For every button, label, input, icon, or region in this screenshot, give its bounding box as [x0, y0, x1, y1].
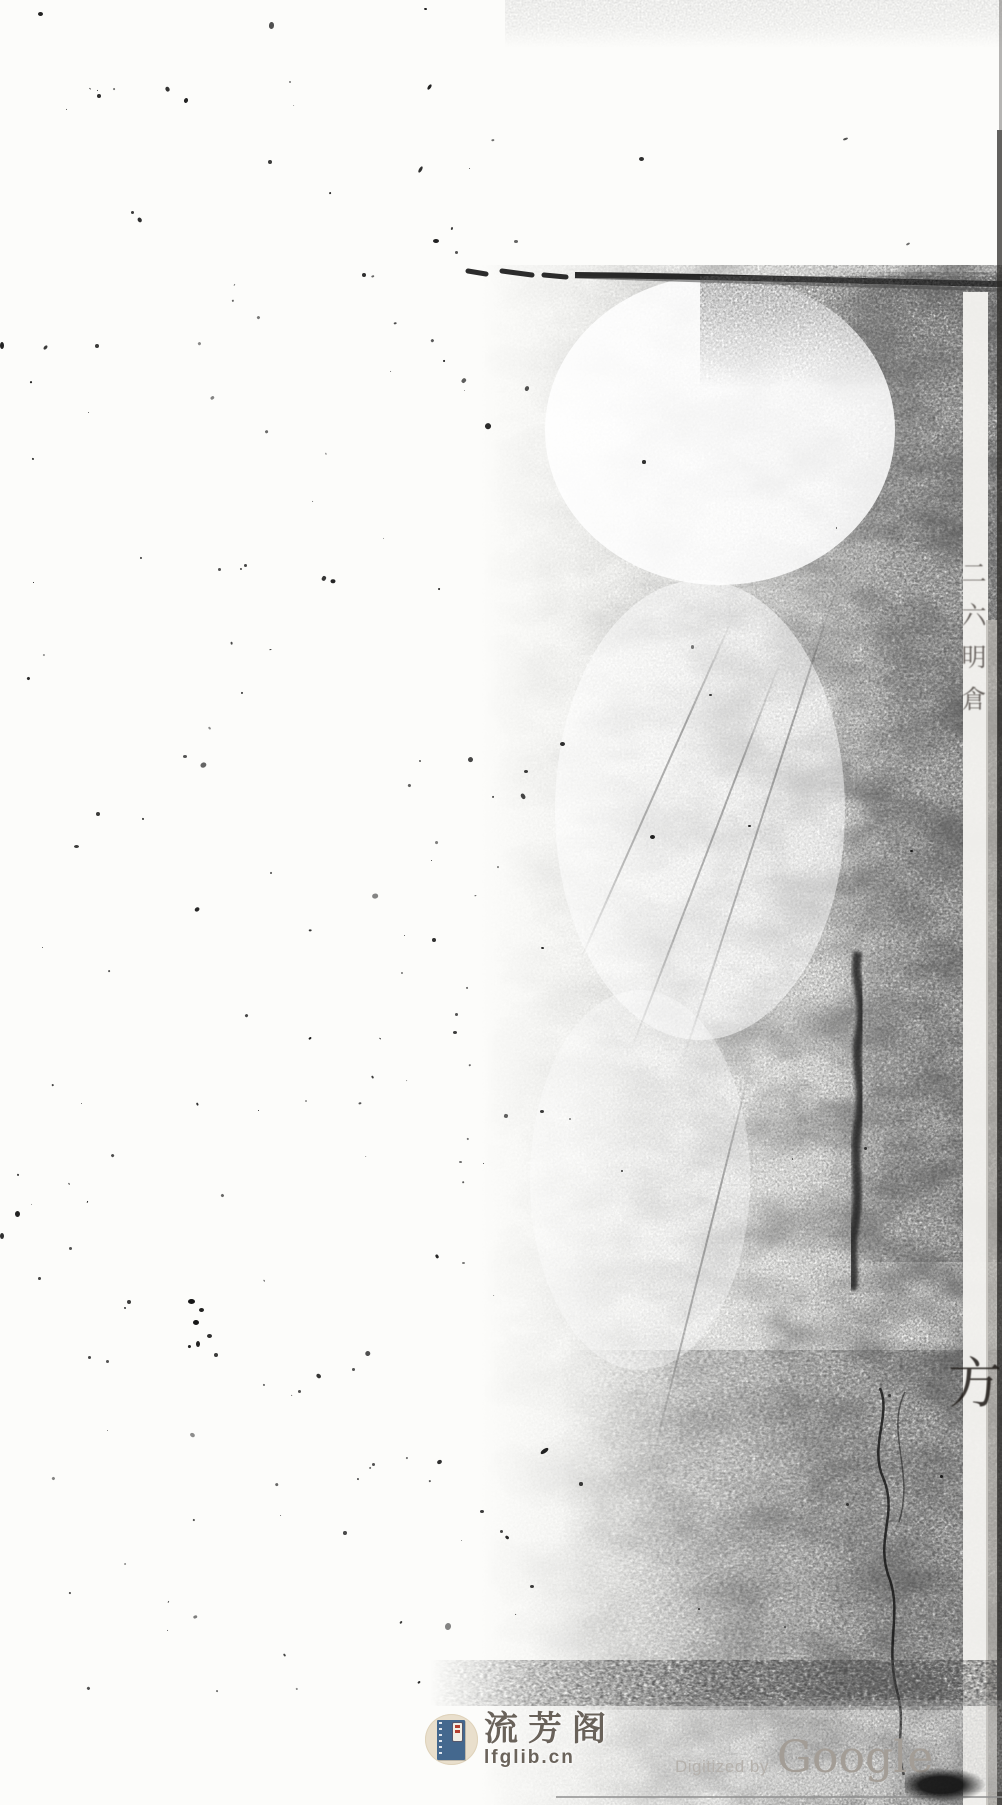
ink-speck [38, 12, 43, 16]
ink-speck [352, 1368, 355, 1371]
ink-speck [455, 1013, 458, 1016]
ink-speck [342, 1531, 346, 1535]
ink-speck [434, 840, 438, 844]
ink-speck [214, 1353, 218, 1357]
ink-speck [540, 1110, 544, 1113]
ink-speck [0, 1233, 4, 1239]
stain-texture-layer [0, 0, 1002, 1805]
ink-speck [940, 1475, 943, 1478]
ink-speck [461, 1181, 464, 1183]
ink-speck [188, 1299, 195, 1304]
ink-speck [97, 89, 98, 90]
ink-speck [372, 1463, 375, 1466]
ink-speck [69, 1247, 72, 1250]
ink-speck [106, 1360, 109, 1363]
ink-speck [188, 1345, 191, 1348]
ink-speck [218, 568, 221, 571]
ink-speck [639, 157, 644, 161]
ink-speck [127, 1300, 131, 1304]
ink-speck [96, 812, 100, 816]
bleedthrough-glyph-lower: 方 [948, 1352, 1002, 1422]
ink-speck [864, 1147, 868, 1151]
ink-speck [244, 564, 247, 567]
ink-speck [372, 893, 378, 899]
scanned-book-page: 二六明倉 方 流芳阁 lfglib.cn Digitized by Google [0, 0, 1002, 1805]
digitized-by-label: Digitized by [675, 1757, 769, 1777]
ink-speck [748, 825, 751, 828]
ink-speck [433, 239, 439, 243]
ink-speck [199, 1308, 204, 1312]
ink-speck [193, 1320, 199, 1325]
ink-speck [910, 850, 913, 853]
top-gray-wash [505, 0, 1002, 48]
lfglib-logo-badge [425, 1714, 478, 1765]
digitized-by-credit: Digitized by Google [675, 1738, 933, 1778]
ink-speck [432, 938, 436, 942]
ink-speck [362, 273, 366, 277]
ink-speck [369, 1466, 371, 1469]
ink-speck [524, 770, 528, 773]
bottom-right-ink-blob [905, 1768, 985, 1802]
bleedthrough-glyphs-upper: 二六明倉 [960, 560, 990, 780]
ink-speck [698, 1608, 700, 1610]
ink-speck [650, 835, 655, 839]
ink-speck [530, 1585, 534, 1588]
main-ink-stain [480, 265, 1002, 1805]
ink-speck [291, 1394, 292, 1395]
ink-speck [183, 755, 187, 758]
ink-speck [560, 742, 565, 746]
book-stitch-decoration [439, 1722, 442, 1758]
ink-speck [455, 251, 458, 254]
ink-speck [298, 1390, 301, 1393]
watermark-site-name: 流芳阁 [484, 1712, 616, 1746]
ink-speck [500, 1530, 503, 1533]
watermark-site-url: lfglib.cn [484, 1748, 616, 1767]
ink-speck [95, 344, 99, 348]
ink-speck [196, 1341, 200, 1347]
ink-speck [459, 1161, 462, 1163]
ink-speck [331, 579, 336, 583]
thread-bound-book-icon [437, 1720, 465, 1760]
lfglib-watermark: 流芳阁 lfglib.cn [425, 1712, 616, 1767]
book-title-label [453, 1723, 462, 1741]
ink-speck [642, 460, 646, 464]
ink-speck [569, 1118, 571, 1120]
ink-speck [295, 1688, 297, 1690]
ink-speck [492, 795, 494, 798]
ink-speck [131, 211, 134, 214]
ink-speck [74, 845, 79, 848]
ink-speck [268, 160, 272, 164]
ink-speck [0, 342, 4, 349]
ink-speck [792, 1158, 794, 1160]
ink-speck [480, 1510, 484, 1513]
ink-speck [88, 1356, 91, 1359]
ink-speck [15, 1211, 20, 1217]
watermark-text: 流芳阁 lfglib.cn [484, 1712, 616, 1767]
ink-speck [207, 1334, 212, 1338]
ink-speck [453, 1031, 457, 1034]
ink-speck [492, 139, 495, 141]
ink-speck [97, 94, 101, 98]
